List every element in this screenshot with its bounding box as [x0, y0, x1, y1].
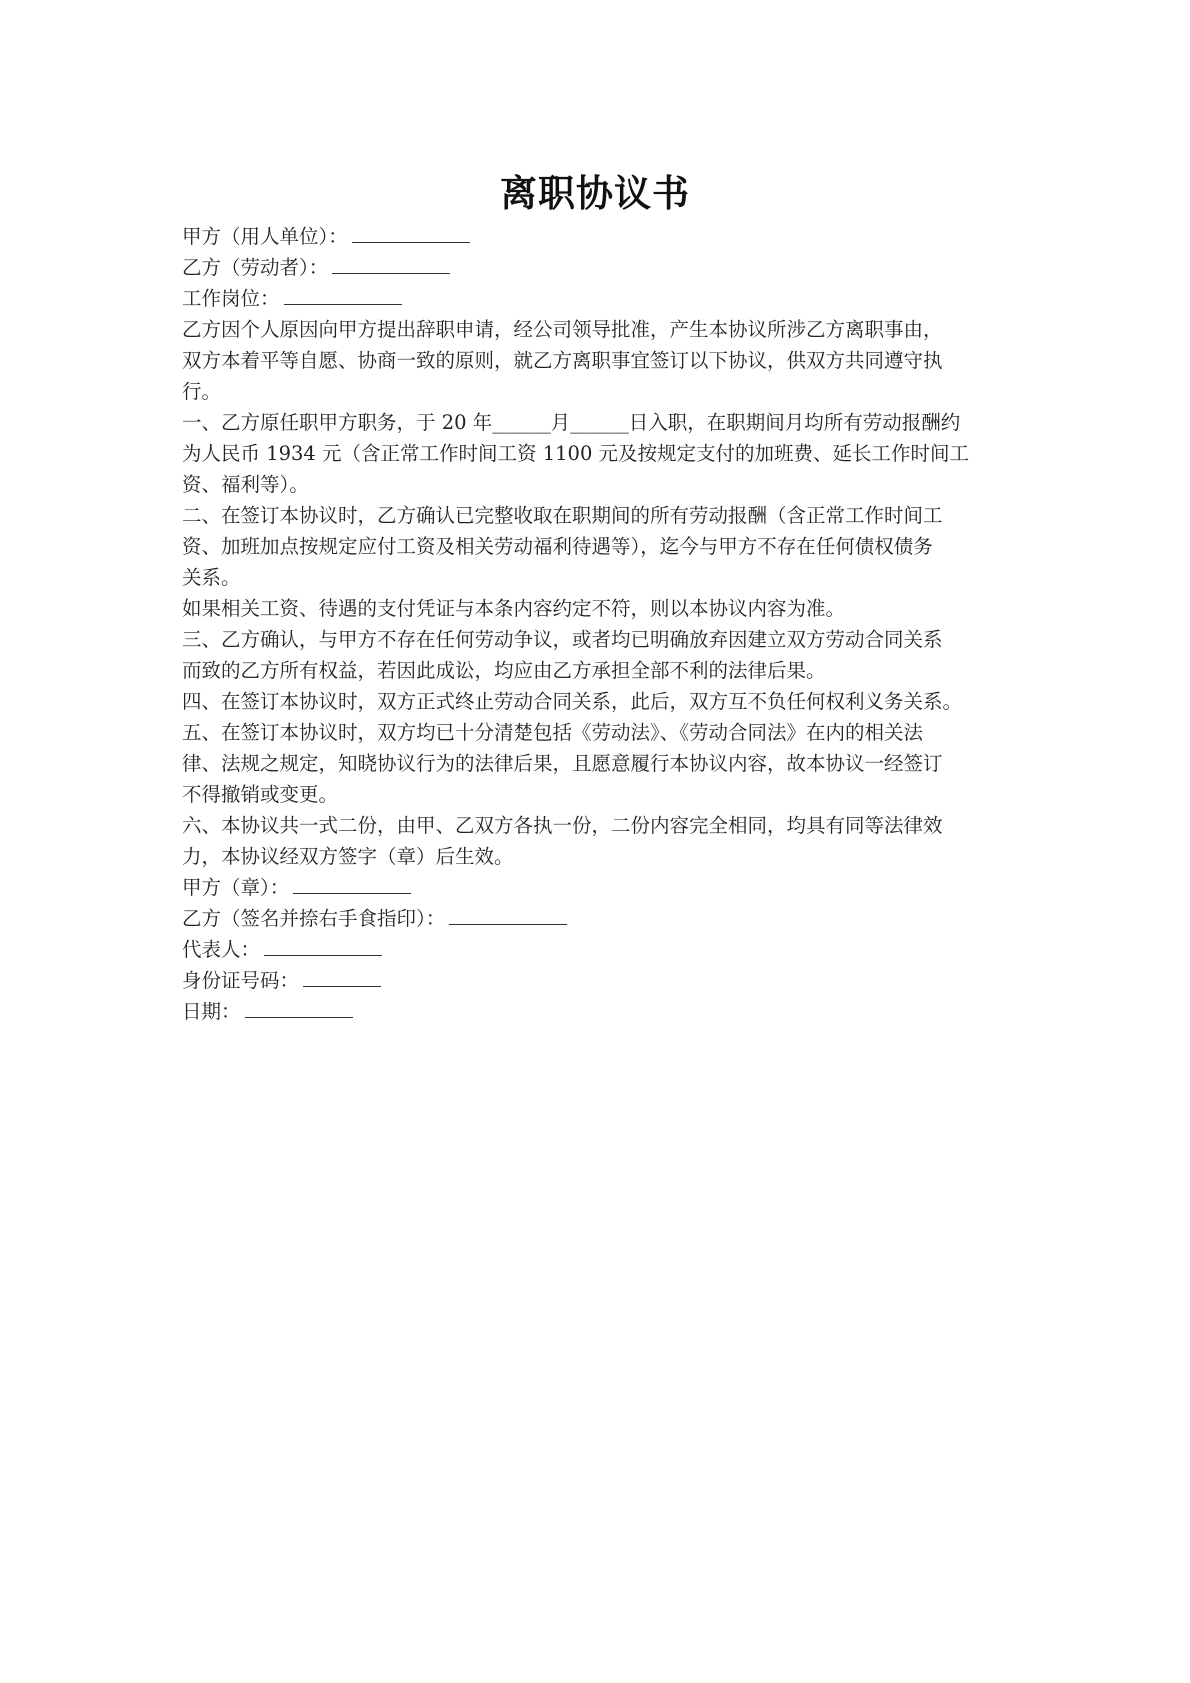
- clause-6-line: 六、本协议共一式二份，由甲、乙双方各执一份，二份内容完全相同，均具有同等法律效: [182, 810, 1017, 841]
- signature-date: 日期：: [182, 996, 1017, 1027]
- field-label: 日期：: [182, 1000, 241, 1023]
- field-label: 甲方（章）：: [182, 876, 289, 899]
- body-line: 双方本着平等自愿、协商一致的原则，就乙方离职事宜签订以下协议，供双方共同遵守执: [182, 345, 1017, 376]
- representative-blank[interactable]: [264, 935, 382, 956]
- field-label: 乙方（签名并捺右手食指印）：: [182, 907, 445, 930]
- employer-blank[interactable]: [352, 222, 470, 243]
- clause-6-line: 力，本协议经双方签字（章）后生效。: [182, 841, 1017, 872]
- field-employee: 乙方（劳动者）：: [182, 252, 1017, 283]
- document-page: 离职协议书 甲方（用人单位）： 乙方（劳动者）： 工作岗位： 乙方因个人原因向甲…: [0, 0, 1190, 1683]
- clause-5-line: 五、在签订本协议时，双方均已十分清楚包括《劳动法》、《劳动合同法》在内的相关法: [182, 717, 1017, 748]
- body-line: 行。: [182, 376, 1017, 407]
- field-position: 工作岗位：: [182, 283, 1017, 314]
- clause-1-line: 资、福利等）。: [182, 469, 1017, 500]
- signature-employer: 甲方（章）：: [182, 872, 1017, 903]
- body-line: 乙方因个人原因向甲方提出辞职申请，经公司领导批准，产生本协议所涉乙方离职事由，: [182, 314, 1017, 345]
- field-label: 身份证号码：: [182, 969, 299, 992]
- document-title: 离职协议书: [0, 163, 1190, 217]
- field-label: 工作岗位：: [182, 287, 280, 310]
- clause-2-note: 如果相关工资、待遇的支付凭证与本条内容约定不符，则以本协议内容为准。: [182, 593, 1017, 624]
- field-label: 乙方（劳动者）：: [182, 256, 328, 279]
- document-body: 甲方（用人单位）： 乙方（劳动者）： 工作岗位： 乙方因个人原因向甲方提出辞职申…: [182, 221, 1017, 1027]
- clause-3-line: 三、乙方确认，与甲方不存在任何劳动争议，或者均已明确放弃因建立双方劳动合同关系: [182, 624, 1017, 655]
- clause-2-line: 二、在签订本协议时，乙方确认已完整收取在职期间的所有劳动报酬（含正常工作时间工: [182, 500, 1017, 531]
- clause-1-line: 为人民币 1934 元（含正常工作时间工资 1100 元及按规定支付的加班费、延…: [182, 438, 1017, 469]
- clause-4-line: 四、在签订本协议时，双方正式终止劳动合同关系，此后，双方互不负任何权利义务关系。: [182, 686, 1017, 717]
- employee-signature-blank[interactable]: [449, 904, 567, 925]
- signature-employee: 乙方（签名并捺右手食指印）：: [182, 903, 1017, 934]
- field-label: 甲方（用人单位）：: [182, 225, 348, 248]
- clause-2-line: 关系。: [182, 562, 1017, 593]
- clause-3-line: 而致的乙方所有权益，若因此成讼，均应由乙方承担全部不利的法律后果。: [182, 655, 1017, 686]
- clause-5-line: 不得撤销或变更。: [182, 779, 1017, 810]
- date-blank[interactable]: [245, 997, 353, 1018]
- position-blank[interactable]: [284, 284, 402, 305]
- signature-id-number: 身份证号码：: [182, 965, 1017, 996]
- clause-2-line: 资、加班加点按规定应付工资及相关劳动福利待遇等），迄今与甲方不存在任何债权债务: [182, 531, 1017, 562]
- clause-5-line: 律、法规之规定，知晓协议行为的法律后果，且愿意履行本协议内容，故本协议一经签订: [182, 748, 1017, 779]
- employer-seal-blank[interactable]: [293, 873, 411, 894]
- field-employer: 甲方（用人单位）：: [182, 221, 1017, 252]
- employee-blank[interactable]: [332, 253, 450, 274]
- clause-1-line: 一、乙方原任职甲方职务，于 20 年______月______日入职，在职期间月…: [182, 407, 1017, 438]
- signature-representative: 代表人：: [182, 934, 1017, 965]
- id-number-blank[interactable]: [303, 966, 381, 987]
- field-label: 代表人：: [182, 938, 260, 961]
